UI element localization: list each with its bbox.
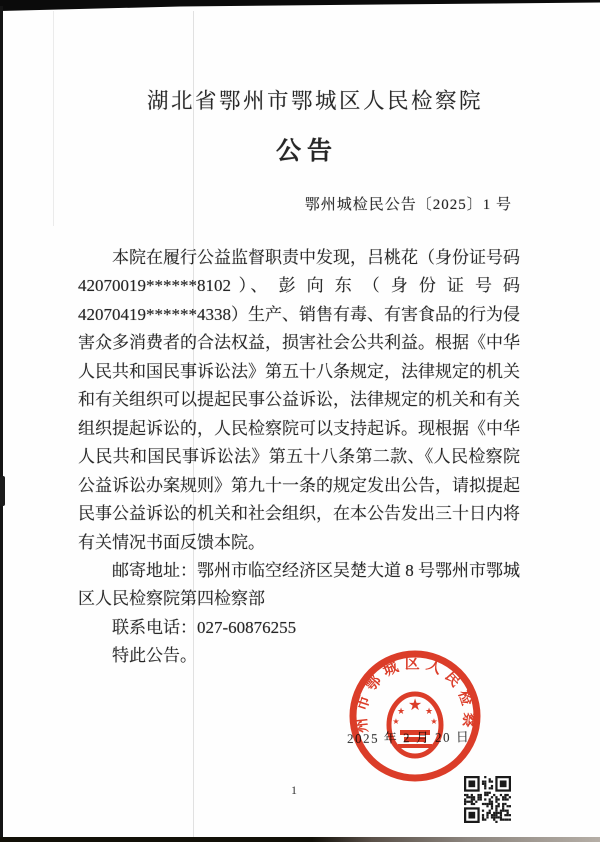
- official-seal: 鄂州市鄂城区人民检察院 ★ ★ ★ ★ ★: [345, 646, 485, 790]
- document-number: 鄂州城检民公告〔2025〕1 号: [78, 193, 520, 214]
- star-icon: ★: [408, 695, 422, 714]
- top-scan-artifact: [0, 0, 600, 12]
- seal-arc-text: 鄂州市鄂城区人民检察院: [345, 646, 479, 734]
- body-line: 联系电话：027-60876255: [78, 614, 520, 642]
- body-line: 和有关组织可以提起民事公益诉讼，法律规定的机关和有关: [78, 386, 520, 414]
- body-line: 人民共和国民事诉讼法》第五十八条第二款、《人民检察院: [78, 443, 520, 471]
- seal-graphic: 鄂州市鄂城区人民检察院 ★ ★ ★ ★ ★: [345, 646, 485, 790]
- body-line: 人民共和国民事诉讼法》第五十八条规定，法律规定的机关: [78, 358, 520, 386]
- body-line: 42070019******8102 ）、 彭 向 东 （ 身 份 证 号 码: [78, 272, 520, 300]
- star-icon: ★: [430, 717, 437, 726]
- notice-title: 公告: [4, 131, 600, 167]
- body-line: 邮寄地址：鄂州市临空经济区吴楚大道 8 号鄂州市鄂城: [78, 557, 520, 585]
- notice-body: 本院在履行公益监督职责中发现，吕桃花（身份证号码 42070019******8…: [78, 244, 520, 671]
- star-icon: ★: [425, 707, 433, 717]
- scanned-notice-page: 湖北省鄂州市鄂城区人民检察院 公告 鄂州城检民公告〔2025〕1 号 本院在履行…: [0, 0, 600, 842]
- body-line: 害众多消费者的合法权益，损害社会公共利益。根据《中华: [78, 329, 520, 357]
- body-line: 公益诉讼办案规则》第九十一条的规定发出公告，请拟提起: [78, 472, 520, 500]
- paper-fold-line: [53, 11, 54, 226]
- body-line: 有关情况书面反馈本院。: [78, 529, 520, 557]
- bottom-scan-artifact: [0, 837, 600, 842]
- national-emblem-icon: ★ ★ ★ ★ ★: [389, 694, 441, 756]
- seal-ring: [353, 654, 477, 778]
- body-line: 本院在履行公益监督职责中发现，吕桃花（身份证号码: [78, 244, 520, 272]
- body-line: 组织提起诉讼的，人民检察院可以支持起诉。现根据《中华: [78, 415, 520, 443]
- left-scan-smudge: [0, 476, 5, 506]
- body-line: 42070419******4338）生产、销售有毒、有害食品的行为侵: [78, 301, 520, 329]
- body-line: 民事公益诉讼的机关和社会组织，在本公告发出三十日内将: [78, 500, 520, 528]
- body-line: 区人民检察院第四检察部: [78, 585, 520, 613]
- left-scan-artifact: [0, 6, 3, 842]
- seal-date: 2025 年 2 月 20 日: [347, 726, 497, 747]
- star-icon: ★: [397, 707, 405, 717]
- star-icon: ★: [392, 717, 399, 726]
- page-number: 1: [0, 783, 594, 798]
- issuer-title: 湖北省鄂州市鄂城区人民检察院: [15, 84, 600, 115]
